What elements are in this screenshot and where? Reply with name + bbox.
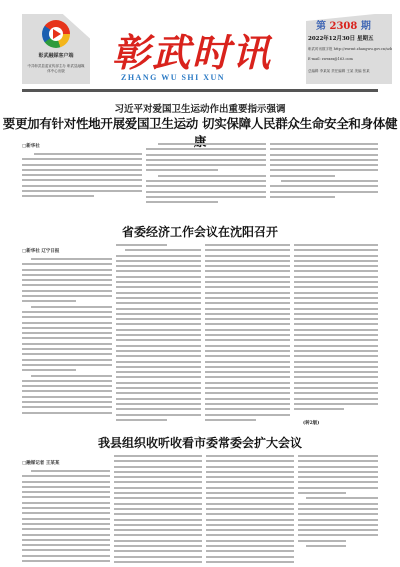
article-3-byline: □融媒记者 王某某	[22, 460, 59, 466]
issue-website: 彰武时讯数字报 http://zwrmt.zhangwu.gov.cn/szb	[308, 47, 392, 52]
article-2-column-3	[205, 244, 290, 424]
issue-prefix: 第	[316, 21, 326, 32]
newspaper-title: 彰武时讯	[112, 22, 272, 77]
issue-number: 第 2308 期	[316, 17, 371, 32]
article-1-kicker: 习近平对爱国卫生运动作出重要指示强调	[0, 101, 400, 115]
article-1-column-3	[270, 143, 378, 201]
article-3-headline[interactable]: 我县组织收听收看市委常委会扩大会议	[0, 434, 400, 451]
newspaper-page: 彰武融媒客户端 中共彰武县委宣传部主办 彰武县融媒体中心出版 彰武时讯 ZHAN…	[0, 0, 400, 567]
article-2-column-1	[22, 258, 112, 417]
play-icon	[53, 29, 61, 39]
article-2-column-2	[116, 244, 201, 424]
article-2-headline[interactable]: 省委经济工作会议在沈阳召开	[0, 223, 400, 240]
article-3-column-2	[114, 455, 202, 566]
article-2-continued-tag[interactable]: (转2版)	[303, 420, 319, 426]
masthead-divider	[22, 89, 378, 92]
article-1-column-1	[22, 153, 142, 201]
logo-publisher: 中共彰武县委宣传部主办 彰武县融媒体中心出版	[26, 64, 86, 74]
article-3-column-1	[22, 470, 110, 565]
article-1-byline: □新华社	[22, 143, 40, 149]
article-1-column-2	[146, 143, 266, 207]
article-3-column-3	[206, 455, 294, 566]
app-logo-block[interactable]: 彰武融媒客户端 中共彰武县委宣传部主办 彰武县融媒体中心出版	[22, 14, 90, 84]
article-2-byline: □新华社 辽宁日报	[22, 248, 59, 254]
article-3-column-4	[298, 455, 378, 550]
issue-number-value: 2308	[329, 21, 357, 32]
issue-date: 2022年12月30日 星期五	[308, 34, 374, 42]
logo-app-name: 彰武融媒客户端	[22, 52, 90, 59]
issue-suffix: 期	[361, 21, 371, 32]
issue-email: E-mail: zwsxzx@163.com	[308, 57, 353, 61]
newspaper-title-pinyin: ZHANG WU SHI XUN	[121, 73, 225, 82]
issue-editors: 总编辑 李某某 责任编辑 王某 美编 张某	[308, 69, 370, 74]
issue-info-block: 第 2308 期 2022年12月30日 星期五 彰武时讯数字报 http://…	[306, 14, 392, 84]
article-2-column-4	[294, 244, 378, 414]
